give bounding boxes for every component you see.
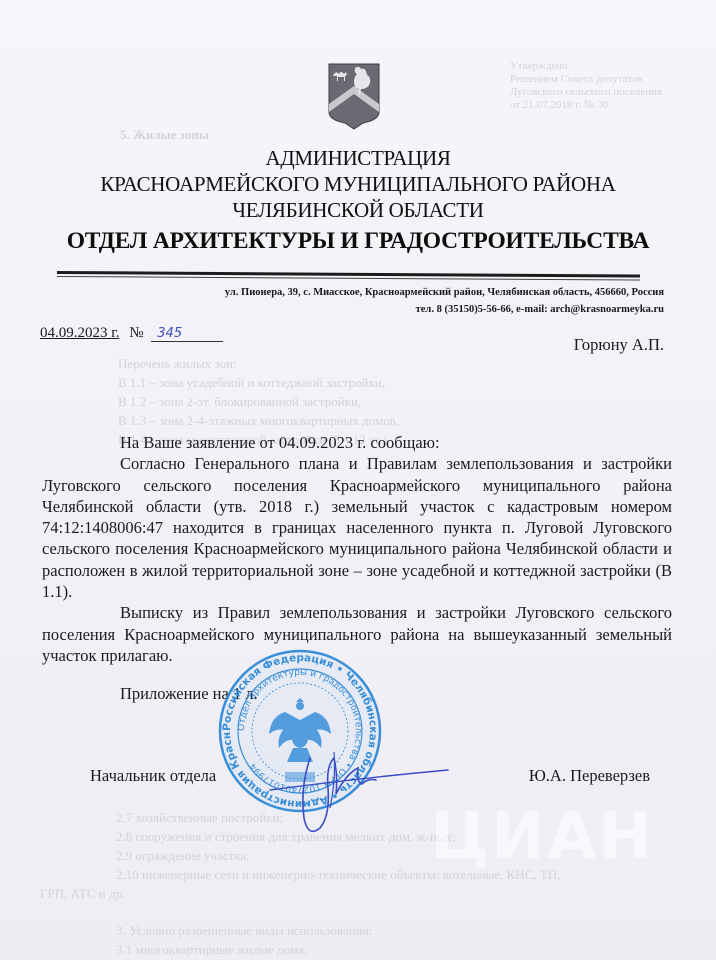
ghost-line: Решением Совета депутатов <box>510 73 662 86</box>
ghost-section: 5. Жилые зоны <box>120 126 209 143</box>
ghost-line: 3.1 многоквартирные жилые дома; <box>40 940 560 959</box>
org-title-line1: АДМИНИСТРАЦИЯ <box>0 146 716 171</box>
document-page: Утверждено Решением Совета депутатов Луг… <box>0 0 716 960</box>
ghost-line: Луговского сельского поселения <box>510 86 662 99</box>
signatory-name: Ю.А. Переверзев <box>529 766 650 786</box>
org-address: ул. Пионера, 39, с. Миасское, Красноарме… <box>225 287 664 298</box>
department-title: ОТДЕЛ АРХИТЕКТУРЫ И ГРАДОСТРОИТЕЛЬСТВА <box>0 228 716 255</box>
ghost-line: В 1.3 – зона 2-4-этажных многоквартирных… <box>118 411 399 430</box>
handwritten-signature-icon <box>250 728 450 838</box>
letter-body: На Ваше заявление от 04.09.2023 г. сообщ… <box>42 432 672 666</box>
ghost-line: от 21.07.2018 г. № 30 <box>510 99 662 112</box>
org-title-line2: КРАСНОАРМЕЙСКОГО МУНИЦИПАЛЬНОГО РАЙОНА <box>0 172 716 197</box>
ghost-line: В 1.1 – зона усадебной и коттеджной заст… <box>118 373 399 392</box>
ghost-line: В 1.2 – зона 2-эт. блокированной застрой… <box>118 392 399 411</box>
body-intro: На Ваше заявление от 04.09.2023 г. сообщ… <box>42 432 672 453</box>
letter-date: 04.09.2023 г. <box>40 325 119 341</box>
org-phone-email: тел. 8 (35150)5-56-66, e-mail: arch@kras… <box>416 304 664 315</box>
coat-of-arms-icon <box>327 62 381 130</box>
ghost-line: Утверждено <box>510 60 662 73</box>
ghost-line: ГРП, АТС и др. <box>40 884 560 903</box>
ghost-approval: Утверждено Решением Совета депутатов Луг… <box>510 60 662 112</box>
letter-date-number: 04.09.2023 г. № 345 <box>40 325 223 342</box>
org-title-line3: ЧЕЛЯБИНСКОЙ ОБЛАСТИ <box>0 198 716 223</box>
body-paragraph-1: Согласно Генерального плана и Правилам з… <box>42 453 672 602</box>
signatory-title: Начальник отдела <box>90 766 216 786</box>
number-label: № <box>129 325 143 341</box>
addressee: Горюну А.П. <box>574 335 664 355</box>
watermark-logo: ЦИАН <box>430 800 654 874</box>
registration-number: 345 <box>151 326 223 342</box>
ghost-line: Перечень жилых зон: <box>118 354 399 373</box>
ghost-line: 3. Условно разрешенные виды использовани… <box>40 921 560 940</box>
